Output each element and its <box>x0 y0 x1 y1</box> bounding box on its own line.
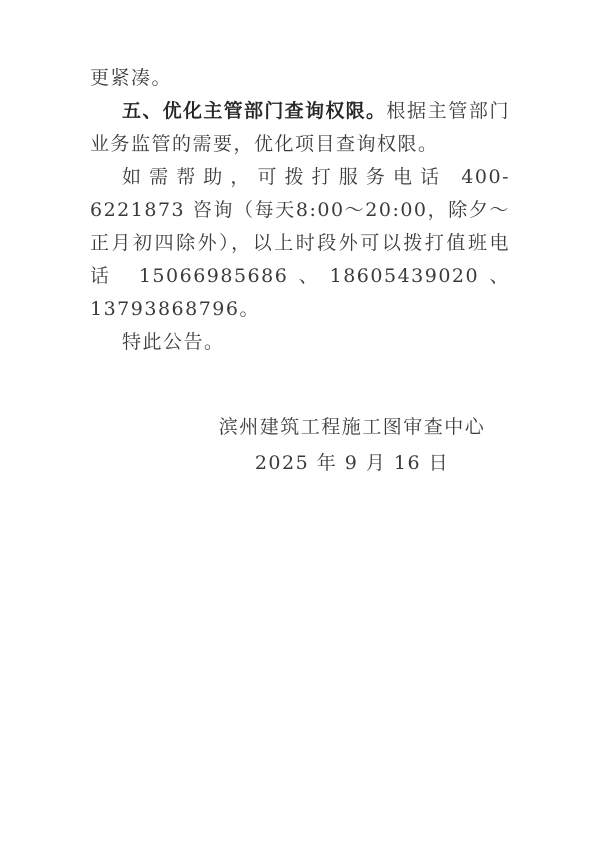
signature-date: 2025 年 9 月 16 日 <box>142 447 562 480</box>
paragraph-text: 更紧凑。 <box>90 67 172 89</box>
notice-document-page: 更紧凑。 五、优化主管部门查询权限。根据主管部门业务监管的需要，优化项目查询权限… <box>0 0 600 848</box>
paragraph-text: 如需帮助，可拨打服务电话 400-6221873 咨询（每天8:00～20:00… <box>90 166 510 320</box>
signature-organization: 滨州建筑工程施工图审查中心 <box>142 411 562 444</box>
paragraph-help-contact: 如需帮助，可拨打服务电话 400-6221873 咨询（每天8:00～20:00… <box>90 161 510 326</box>
paragraph-closing: 特此公告。 <box>90 326 510 359</box>
section-heading: 五、优化主管部门查询权限。 <box>122 100 386 122</box>
paragraph-text: 特此公告。 <box>122 331 225 353</box>
paragraph-section-five: 五、优化主管部门查询权限。根据主管部门业务监管的需要，优化项目查询权限。 <box>90 95 510 161</box>
paragraph-continuation: 更紧凑。 <box>90 62 510 95</box>
